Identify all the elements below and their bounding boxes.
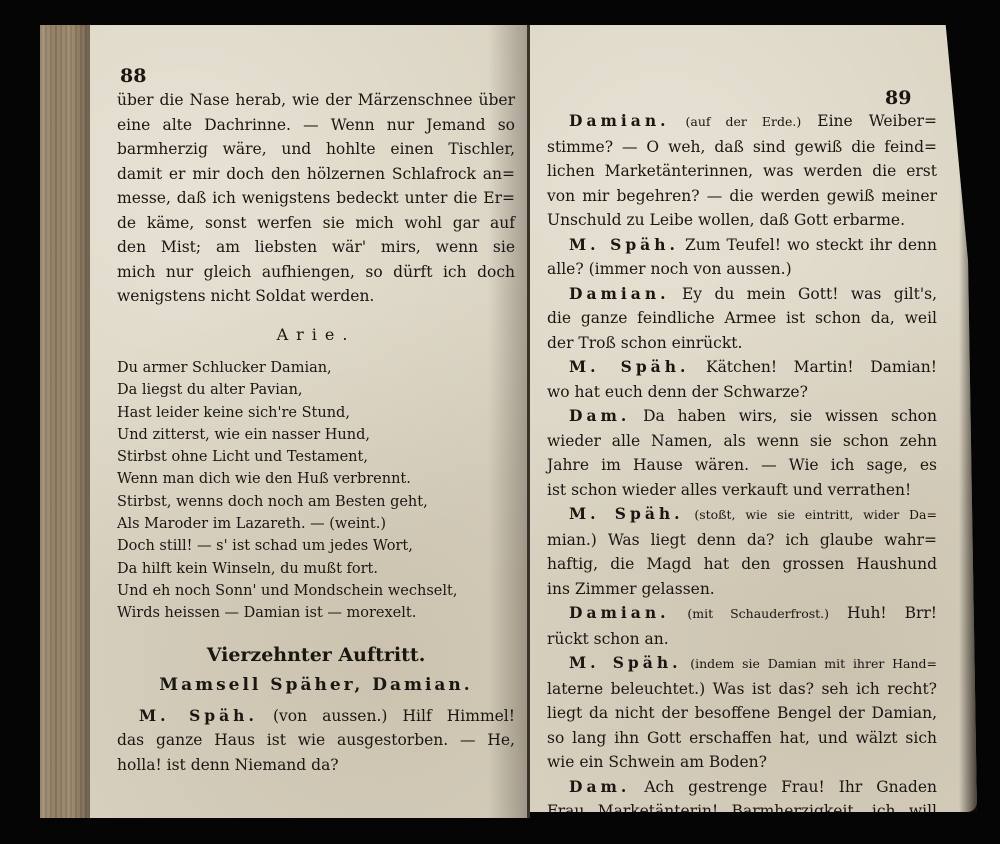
- speech-line: lichen Marketänterinnen, was werden die …: [547, 159, 937, 184]
- page-edge-shadow: [959, 25, 977, 812]
- speech-line: ist schon wieder alles verkauft und verr…: [547, 478, 937, 503]
- stage-direction: (stoßt, wie sie eintritt, wider Da=: [694, 507, 937, 522]
- speech-text: Zum Teufel! wo steckt ihr denn: [685, 236, 937, 254]
- speech-line: M. Späh. (stoßt, wie sie eintritt, wider…: [547, 502, 937, 528]
- prose-line: eine alte Dachrinne. — Wenn nur Jemand s…: [117, 113, 515, 138]
- left-page-text: über die Nase herab, wie der Märzenschne…: [117, 88, 515, 777]
- verse-line: Da liegst du alter Pavian,: [117, 379, 515, 401]
- speech-text: Eine Weiber=: [817, 112, 937, 130]
- speech-line: ins Zimmer gelassen.: [547, 577, 937, 602]
- speech-line: rückt schon an.: [547, 627, 937, 652]
- speech-text: Da haben wirs, sie wissen schon: [643, 407, 937, 425]
- speech-line: Damian. (mit Schauderfrost.) Huh! Brr!: [547, 601, 937, 627]
- speaker-name: Damian.: [569, 111, 669, 130]
- prose-line: über die Nase herab, wie der Märzenschne…: [117, 88, 515, 113]
- stage-direction: (mit Schauderfrost.): [687, 606, 829, 621]
- verse-line: Wirds heissen — Damian ist — morexelt.: [117, 602, 515, 624]
- speech-line: das ganze Haus ist wie ausgestorben. — H…: [117, 728, 515, 753]
- speech-line: wo hat euch denn der Schwarze?: [547, 380, 937, 405]
- page-fore-edge: [40, 25, 90, 818]
- speech-line: Jahre im Hause wären. — Wie ich sage, es: [547, 453, 937, 478]
- verse-line: Wenn man dich wie den Huß verbrennt.: [117, 468, 515, 490]
- page-number-right: 89: [885, 87, 911, 109]
- right-page: 89 Damian. (auf der Erde.) Eine Weiber= …: [530, 25, 977, 812]
- right-page-text: Damian. (auf der Erde.) Eine Weiber= sti…: [547, 109, 937, 844]
- verse-line: Stirbst ohne Licht und Testament,: [117, 446, 515, 468]
- speaker-name: M. Späh.: [569, 504, 684, 523]
- prose-line: den Mist; am liebsten wär' mirs, wenn si…: [117, 235, 515, 260]
- speech-line: Dam. Ach gestrenge Frau! Ihr Gnaden: [547, 775, 937, 800]
- verse-line: Hast leider keine sich're Stund,: [117, 402, 515, 424]
- speech-line: ja gern verrichten, was Sie von mir verl…: [547, 824, 937, 844]
- speech-line: alle? (immer noch von aussen.): [547, 257, 937, 282]
- aria-verse: Du armer Schlucker Damian, Da liegst du …: [117, 357, 515, 625]
- verse-line: Du armer Schlucker Damian,: [117, 357, 515, 379]
- speaker-name: M. Späh.: [139, 706, 258, 725]
- verse-line: Und eh noch Sonn' und Mondschein wechsel…: [117, 580, 515, 602]
- prose-line: wenigstens nicht Soldat werden.: [117, 284, 515, 309]
- speech-text: Huh! Brr!: [847, 604, 937, 622]
- speech-line: mian.) Was liegt denn da? ich glaube wah…: [547, 528, 937, 553]
- prose-line: barmherzig wäre, und hohlte einen Tischl…: [117, 137, 515, 162]
- verse-line: Und zitterst, wie ein nasser Hund,: [117, 424, 515, 446]
- page-number-left: 88: [120, 65, 146, 87]
- speech-line: M. Späh. Kätchen! Martin! Damian!: [547, 355, 937, 380]
- speaker-name: M. Späh.: [569, 235, 679, 254]
- speech-line: wieder alle Namen, als wenn sie schon ze…: [547, 429, 937, 454]
- speaker-name: Damian.: [569, 284, 669, 303]
- speech-line: wie ein Schwein am Boden?: [547, 750, 937, 775]
- speech-line: M. Späh. Zum Teufel! wo steckt ihr denn: [547, 233, 937, 258]
- aria-heading: Arie.: [117, 323, 515, 348]
- speech-text: Hilf Himmel!: [403, 707, 515, 725]
- prose-line: damit er mir doch den hölzernen Schlafro…: [117, 162, 515, 187]
- prose-line: mich nur gleich aufhiengen, so dürft ich…: [117, 260, 515, 285]
- book-gutter: [527, 25, 530, 818]
- speaker-name: M. Späh.: [569, 357, 689, 376]
- speech-line: Unschuld zu Leibe wollen, daß Gott erbar…: [547, 208, 937, 233]
- speaker-name: Dam.: [569, 406, 630, 425]
- speaker-name: M. Späh.: [569, 653, 681, 672]
- speech-line: Frau Marketänterin! Barmherzigkeit, ich …: [547, 799, 937, 824]
- speech-line: stimme? — O weh, daß sind gewiß die fein…: [547, 135, 937, 160]
- speech-text: Ey du mein Gott! was gilt's,: [682, 285, 937, 303]
- speech-line: die ganze feindliche Armee ist schon da,…: [547, 306, 937, 331]
- speech-text: Ach gestrenge Frau! Ihr Gnaden: [644, 778, 937, 796]
- verse-line: Als Maroder im Lazareth. — (weint.): [117, 513, 515, 535]
- book-spread: 88 über die Nase herab, wie der Märzensc…: [0, 0, 1000, 844]
- verse-line: Da hilft kein Winseln, du mußt fort.: [117, 558, 515, 580]
- speech-text: Kätchen! Martin! Damian!: [706, 358, 937, 376]
- speech-line: Damian. (auf der Erde.) Eine Weiber=: [547, 109, 937, 135]
- prose-line: messe, daß ich wenigstens bedeckt unter …: [117, 186, 515, 211]
- speech-line: liegt da nicht der besoffene Bengel der …: [547, 701, 937, 726]
- speech-line: laterne beleuchtet.) Was ist das? seh ic…: [547, 677, 937, 702]
- prose-line: de käme, sonst werfen sie mich wohl gar …: [117, 211, 515, 236]
- speaker-name: Dam.: [569, 777, 630, 796]
- scene-heading: Vierzehnter Auftritt.: [117, 643, 515, 668]
- speech-line: von mir begehren? — die werden gewiß mei…: [547, 184, 937, 209]
- speaker-name: Damian.: [569, 603, 669, 622]
- stage-direction: (von aussen.): [273, 707, 387, 725]
- speech-line: so lang ihn Gott erschaffen hat, und wäl…: [547, 726, 937, 751]
- stage-direction: (indem sie Damian mit ihrer Hand=: [690, 656, 937, 671]
- speech-line: Dam. Da haben wirs, sie wissen schon: [547, 404, 937, 429]
- stage-direction: (auf der Erde.): [685, 114, 801, 129]
- speech-line: haftig, die Magd hat den grossen Haushun…: [547, 552, 937, 577]
- speech-line: Damian. Ey du mein Gott! was gilt's,: [547, 282, 937, 307]
- cast-list: Mamsell Späher, Damian.: [117, 673, 515, 698]
- speech-line: M. Späh. (indem sie Damian mit ihrer Han…: [547, 651, 937, 677]
- verse-line: Stirbst, wenns doch noch am Besten geht,: [117, 491, 515, 513]
- verse-line: Doch still! — s' ist schad um jedes Wort…: [117, 535, 515, 557]
- speech-line: M. Späh. (von aussen.) Hilf Himmel!: [117, 704, 515, 729]
- speech-line: holla! ist denn Niemand da?: [117, 753, 515, 778]
- speech-line: der Troß schon einrückt.: [547, 331, 937, 356]
